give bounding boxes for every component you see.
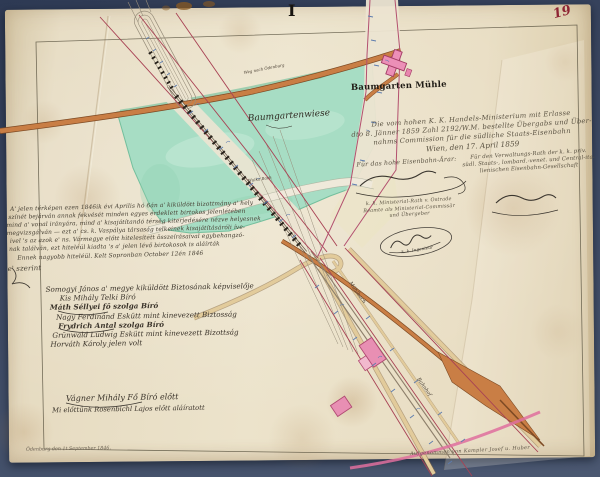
engineer-title: k. k. Ingenieur [401, 245, 434, 255]
hungarian-signature-list: Somogyi János a' megye kiküldött Biztosá… [39, 281, 265, 349]
photographed-map-sheet: Baumgarten Mühle Baumgartenwiese Weg nac… [0, 0, 600, 477]
german-commission-note: Die vom hohen K. K. Handels-Ministerium … [349, 108, 598, 222]
engineer-signature: k. k. Ingenieur [378, 223, 453, 261]
plate-numeral: I [288, 1, 295, 20]
left-column-heading: Für das hohe Eisenbahn-Ärar: [351, 156, 461, 170]
german-right-column: Für den Verwaltungs-Rath der k. k. priv.… [461, 148, 598, 215]
road-label: Weg nach Ödenburg [243, 62, 285, 75]
station-building [352, 337, 386, 372]
attestation-line1: Vágner Mihály Fő Bíró előtt [52, 392, 205, 404]
german-left-column: Für das hohe Eisenbahn-Ärar: k. k. Minis… [351, 156, 464, 222]
attestation-block: Vágner Mihály Fő Bíró előtt Mi előttünk … [52, 392, 205, 415]
hungarian-note: A' jelen térképen ezen 1846ik évi Aprili… [6, 199, 258, 272]
